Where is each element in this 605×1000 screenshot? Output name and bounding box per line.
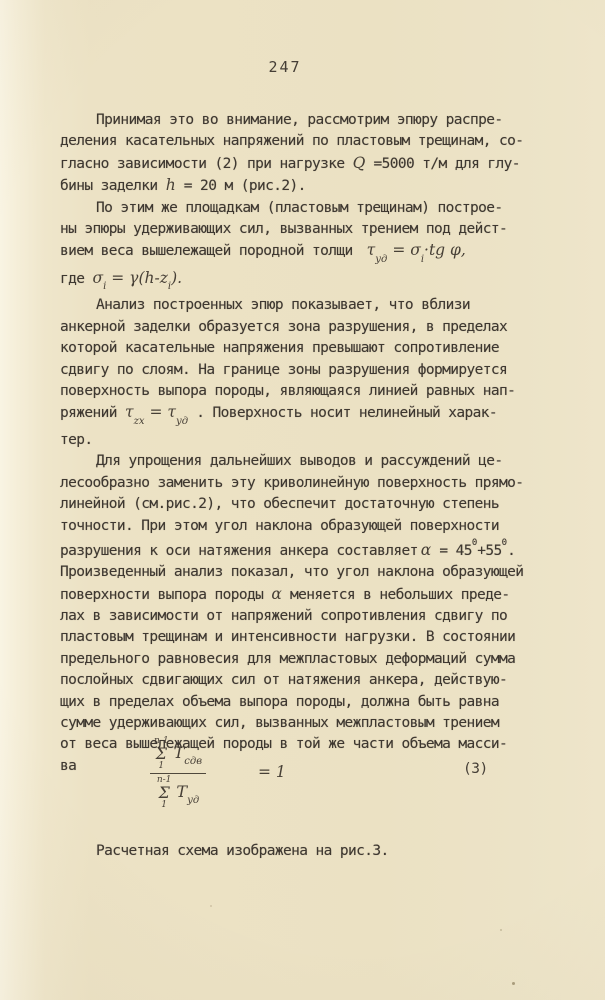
paper-speck <box>500 929 502 931</box>
closing-line: Расчетная схема изображена на рис.3. <box>60 843 542 859</box>
text-line: предельного равновесия для межпластовых … <box>60 649 542 670</box>
equation-number: (3) <box>463 761 488 777</box>
text-line: гласно зависимости (2) при нагрузке Q =5… <box>60 153 542 175</box>
text-line: пластовым трещинам и интенсивности нагру… <box>60 627 542 648</box>
inline-formula-sigma-i: σi = γ(h-zi). <box>93 269 183 287</box>
text-line: Для упрощения дальнейших выводов и рассу… <box>60 451 542 472</box>
text-line: где σi = γ(h-zi). <box>60 268 542 296</box>
text-line: По этим же площадкам (пластовым трещинам… <box>60 198 542 219</box>
text-line: деления касательных напряжений по пласто… <box>60 131 542 152</box>
text-line: лесообразно заменить эту криволинейную п… <box>60 473 542 494</box>
text-line: анкерной заделки образуется зона разруше… <box>60 317 542 338</box>
text-line: тер. <box>60 430 542 451</box>
text-line: вием веса вышележащей породной толщиτуд … <box>60 240 542 268</box>
text-line: поверхность выпора породы, являющаяся ли… <box>60 381 542 402</box>
text-line: точности. При этом угол наклона образующ… <box>60 516 542 537</box>
inline-formula-Q: Q <box>353 154 366 172</box>
text-line: Принимая это во внимание, рассмотрим эпю… <box>60 110 542 131</box>
equation-rhs: = 1 <box>258 763 286 781</box>
inline-formula-alpha: α <box>421 541 431 559</box>
text-line: поверхности выпора породы α меняется в н… <box>60 584 542 606</box>
shear-force-term: Tсдв <box>174 743 202 765</box>
inline-formula-tau-ud: τуд = σi·tg φ, <box>367 241 466 259</box>
inline-formula-h: h <box>166 176 176 194</box>
paper-speck <box>210 905 212 907</box>
scanned-page: 247 Принимая это во внимание, рассмотрим… <box>0 0 605 1000</box>
fraction: n-1Σ1 Tсдв n-1Σ1 Tуд <box>150 737 206 810</box>
text-line: Анализ построенных эпюр показывает, что … <box>60 295 542 316</box>
body-text: Принимая это во внимание, рассмотрим эпю… <box>60 110 542 777</box>
inline-formula-tau-zx: τzx = τуд <box>125 403 188 421</box>
text-line: послойных сдвигающих сил от натяжения ан… <box>60 670 542 691</box>
text-line: разрушения к оси натяжения анкера состав… <box>60 537 542 562</box>
text-line: которой касательные напряжения превышают… <box>60 338 542 359</box>
holding-force-term: Tуд <box>176 782 199 804</box>
text-line: сдвигу по слоям. На границе зоны разруше… <box>60 360 542 381</box>
inline-formula-alpha: α <box>271 585 281 603</box>
page-number: 247 <box>0 58 570 76</box>
fraction-bar <box>150 773 206 774</box>
text-line: Произведенный анализ показал, что угол н… <box>60 562 542 583</box>
text-line: ряжений τzx = τуд . Поверхность носит не… <box>60 402 542 430</box>
text-line: сумме удерживающих сил, вызванных межпла… <box>60 713 542 734</box>
fraction-denominator: n-1Σ1 Tуд <box>153 776 203 810</box>
text-line: лах в зависимости от напряжений сопротив… <box>60 606 542 627</box>
paper-speck <box>512 982 515 985</box>
summation-icon: n-1Σ1 <box>157 776 172 810</box>
text-line: щих в пределах объема выпора породы, дол… <box>60 692 542 713</box>
text-line: ны эпюры удерживающих сил, вызванных тре… <box>60 219 542 240</box>
fraction-numerator: n-1Σ1 Tсдв <box>150 737 206 771</box>
summation-icon: n-1Σ1 <box>154 737 169 771</box>
text-line: бины заделки h = 20 м (рис.2). <box>60 175 542 197</box>
equation-3: n-1Σ1 Tсдв n-1Σ1 Tуд = 1 (3) <box>0 737 605 817</box>
text-line: линейной (см.рис.2), что обеспечит доста… <box>60 494 542 515</box>
